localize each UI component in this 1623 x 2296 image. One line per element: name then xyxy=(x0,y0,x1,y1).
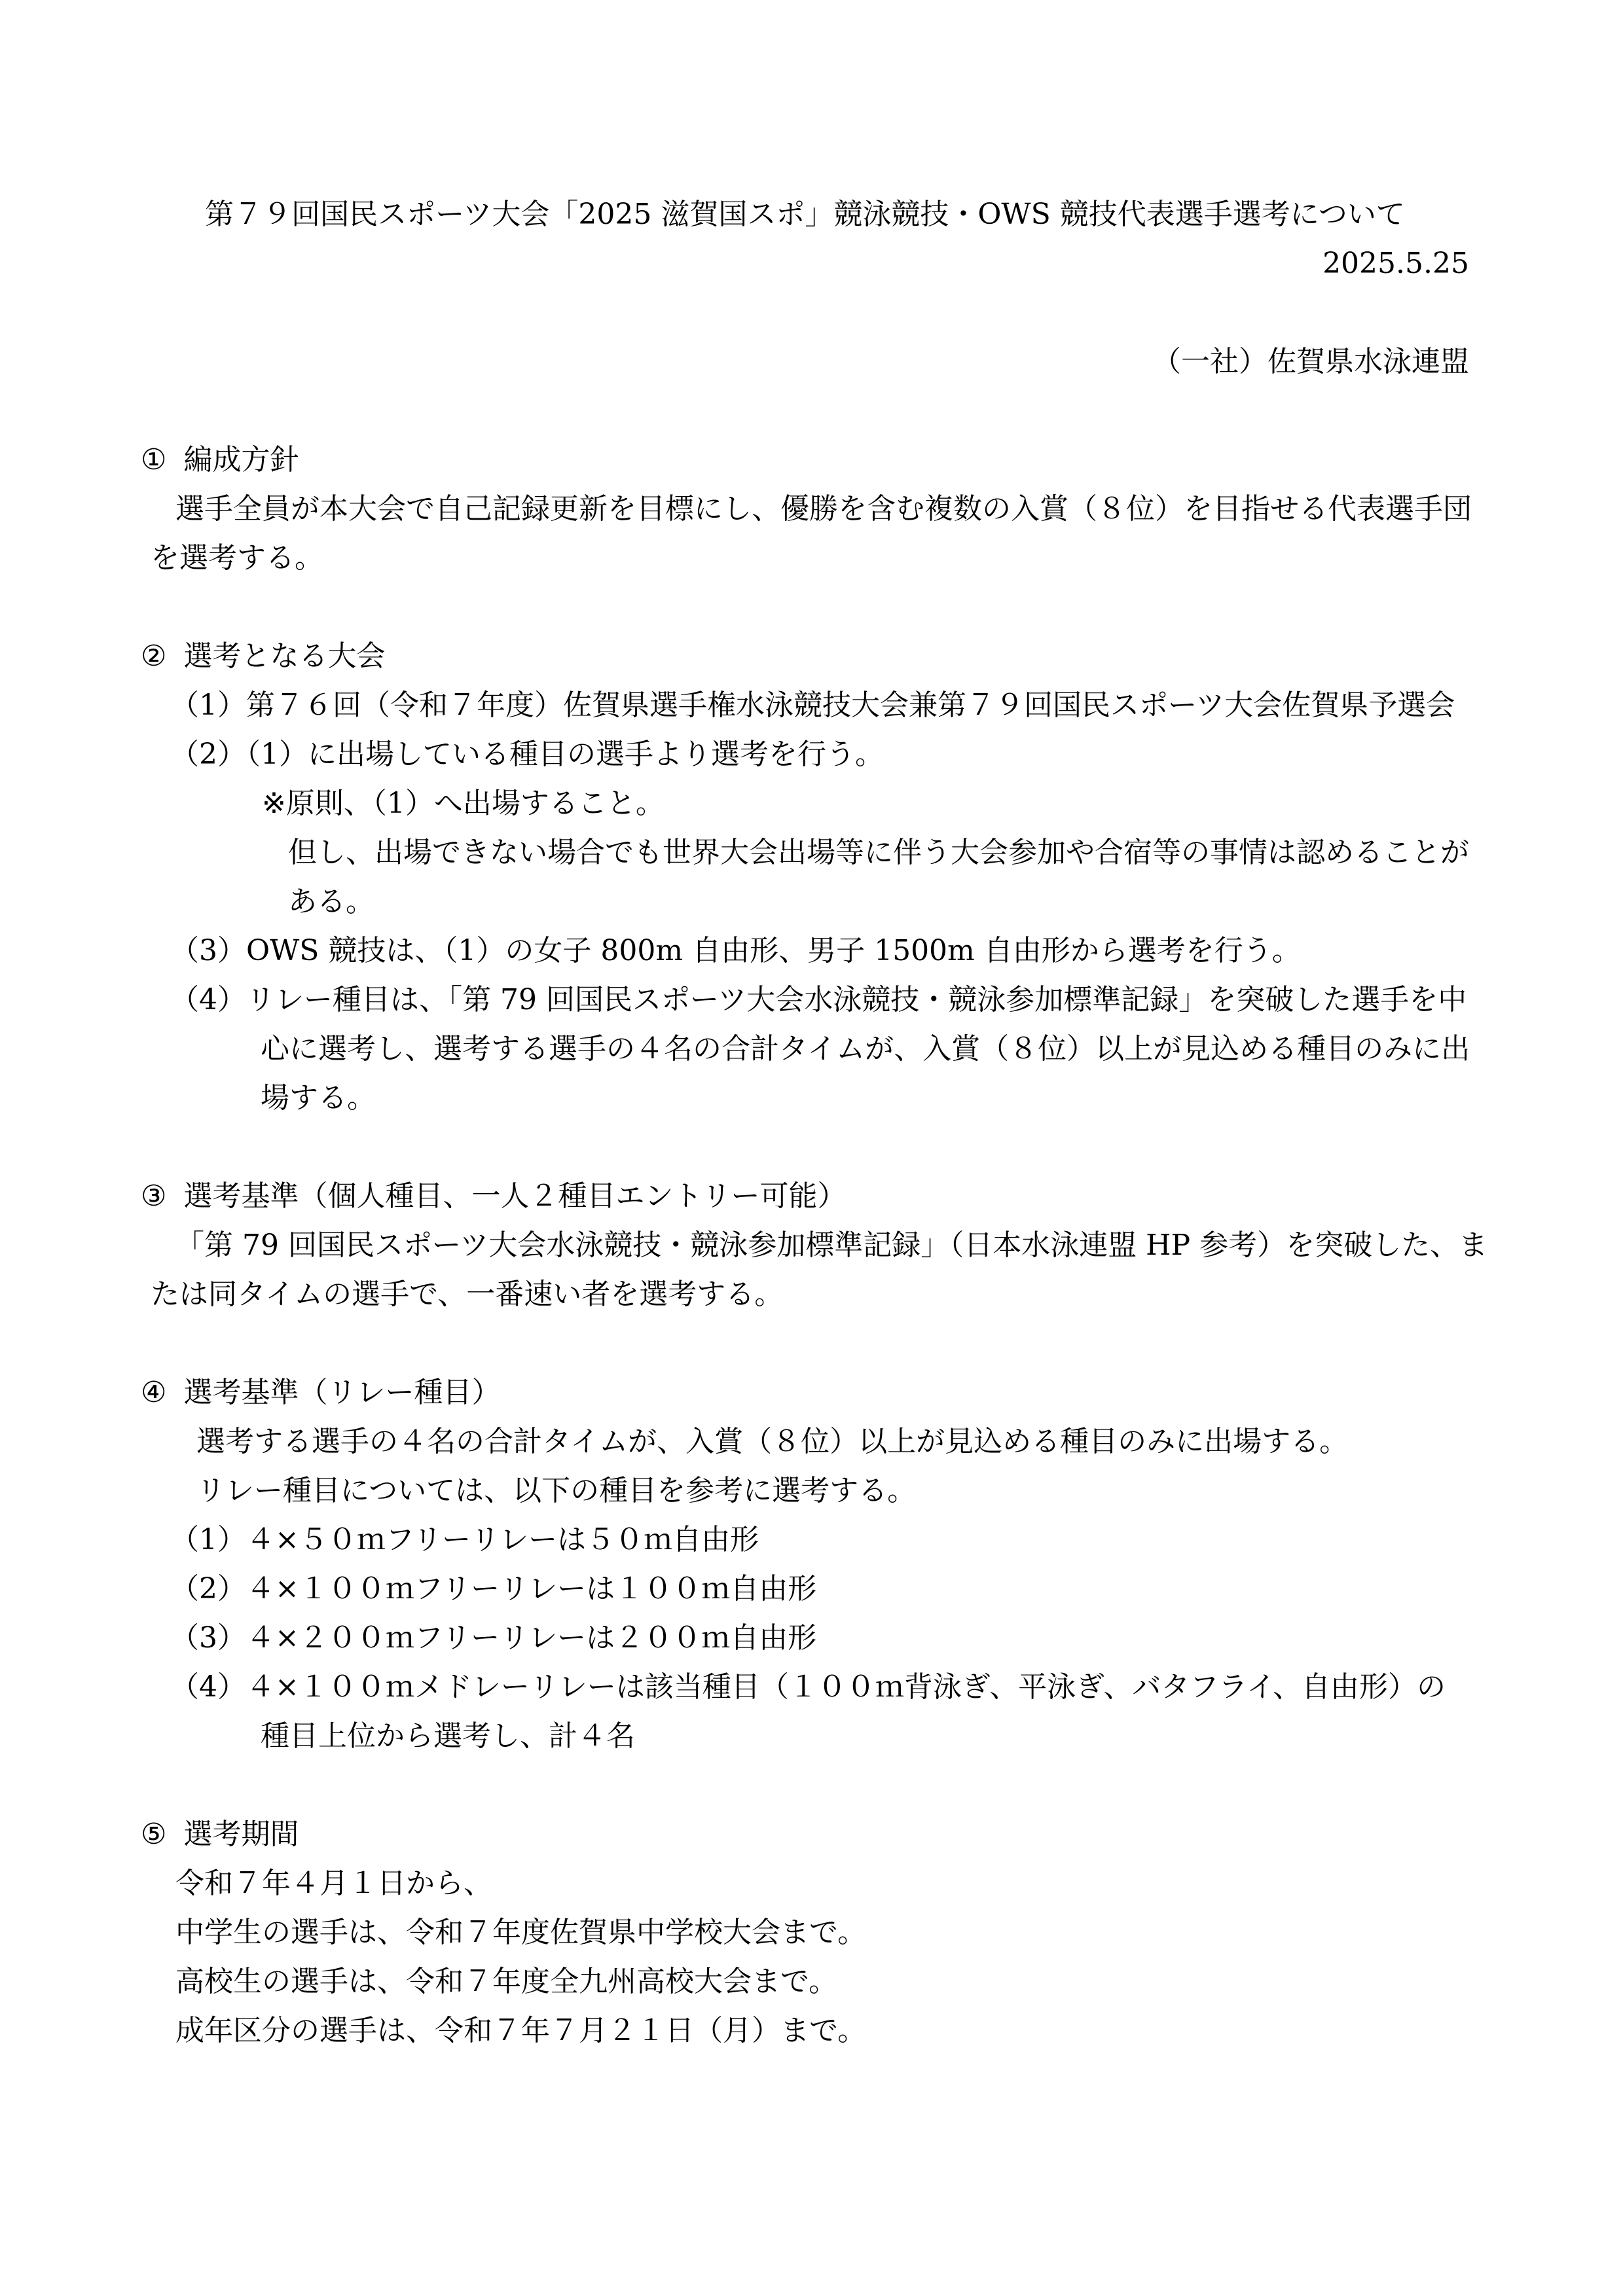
section-2-item: （3）OWS 競技は、（1）の女子 800m 自由形、男子 1500m 自由形か… xyxy=(141,926,1469,975)
section-2-item-continuation: 場する。 xyxy=(141,1073,1469,1122)
section-3-heading: ③選考基準（個人種目、一人２種目エントリー可能） xyxy=(141,1172,1469,1221)
document-title: 第７９回国民スポーツ大会「2025 滋賀国スポ」競泳競技・OWS 競技代表選手選… xyxy=(141,190,1469,239)
section-4-number: ④ xyxy=(141,1376,166,1409)
document-page: 第７９回国民スポーツ大会「2025 滋賀国スポ」競泳競技・OWS 競技代表選手選… xyxy=(0,0,1623,2296)
section-5-line: 中学生の選手は、令和７年度佐賀県中学校大会まで。 xyxy=(141,1908,1469,1957)
section-5-number: ⑤ xyxy=(141,1818,166,1851)
section-3-title: 選考基準（個人種目、一人２種目エントリー可能） xyxy=(183,1179,846,1213)
section-4-item: （3）４×２００ｍフリーリレーは２００ｍ自由形 xyxy=(141,1613,1469,1662)
section-4-item: （2）４×１００ｍフリーリレーは１００ｍ自由形 xyxy=(141,1564,1469,1613)
section-4-item: （1）４×５０ｍフリーリレーは５０ｍ自由形 xyxy=(141,1515,1469,1564)
section-2-note: ある。 xyxy=(141,877,1469,926)
section-2-item: （4）リレー種目は、「第 79 回国民スポーツ大会水泳競技・競泳参加標準記録」を… xyxy=(141,975,1469,1024)
section-2-item: （2）（1）に出場している種目の選手より選考を行う。 xyxy=(141,730,1469,779)
section-4-line: リレー種目については、以下の種目を参考に選考する。 xyxy=(141,1466,1469,1515)
section-4-item-continuation: 種目上位から選考し、計４名 xyxy=(141,1712,1469,1761)
section-2-item: （1）第７６回（令和７年度）佐賀県選手権水泳競技大会兼第７９回国民スポーツ大会佐… xyxy=(141,681,1469,730)
blank-line xyxy=(141,386,1469,435)
section-1-line: を選考する。 xyxy=(141,533,1469,583)
organization-name: （一社）佐賀県水泳連盟 xyxy=(141,337,1469,386)
section-2-note: 但し、出場できない場合でも世界大会出場等に伴う大会参加や合宿等の事情は認めること… xyxy=(141,828,1469,877)
section-3-line: 「第 79 回国民スポーツ大会水泳競技・競泳参加標準記録」（日本水泳連盟 HP … xyxy=(141,1221,1469,1270)
section-5-heading: ⑤選考期間 xyxy=(141,1810,1469,1859)
section-4-item: （4）４×１００ｍメドレーリレーは該当種目（１００ｍ背泳ぎ、平泳ぎ、バタフライ、… xyxy=(141,1662,1469,1712)
section-1-title: 編成方針 xyxy=(183,443,299,476)
section-2-heading: ②選考となる大会 xyxy=(141,632,1469,681)
section-2-number: ② xyxy=(141,639,166,673)
section-3-line: たは同タイムの選手で、一番速い者を選考する。 xyxy=(141,1270,1469,1319)
blank-line xyxy=(141,1761,1469,1810)
document-date: 2025.5.25 xyxy=(141,239,1469,288)
blank-line xyxy=(141,1319,1469,1368)
section-2-note: ※原則、（1）へ出場すること。 xyxy=(141,779,1469,828)
section-2-title: 選考となる大会 xyxy=(183,639,385,673)
blank-line xyxy=(141,1122,1469,1172)
blank-line xyxy=(141,583,1469,632)
section-1-number: ① xyxy=(141,443,166,476)
section-2-item-continuation: 心に選考し、選考する選手の４名の合計タイムが、入賞（８位）以上が見込める種目のみ… xyxy=(141,1024,1469,1073)
section-4-line: 選考する選手の４名の合計タイムが、入賞（８位）以上が見込める種目のみに出場する。 xyxy=(141,1417,1469,1466)
section-1-line: 選手全員が本大会で自己記録更新を目標にし、優勝を含む複数の入賞（８位）を目指せる… xyxy=(141,484,1469,533)
section-3-number: ③ xyxy=(141,1179,166,1213)
section-5-line: 高校生の選手は、令和７年度全九州高校大会まで。 xyxy=(141,1957,1469,2006)
section-5-line: 成年区分の選手は、令和７年７月２１日（月）まで。 xyxy=(141,2006,1469,2055)
section-4-heading: ④選考基準（リレー種目） xyxy=(141,1368,1469,1417)
section-5-line: 令和７年４月１日から、 xyxy=(141,1859,1469,1908)
section-4-title: 選考基準（リレー種目） xyxy=(183,1376,500,1409)
section-5-title: 選考期間 xyxy=(183,1818,299,1851)
blank-line xyxy=(141,288,1469,337)
section-1-heading: ①編成方針 xyxy=(141,435,1469,484)
